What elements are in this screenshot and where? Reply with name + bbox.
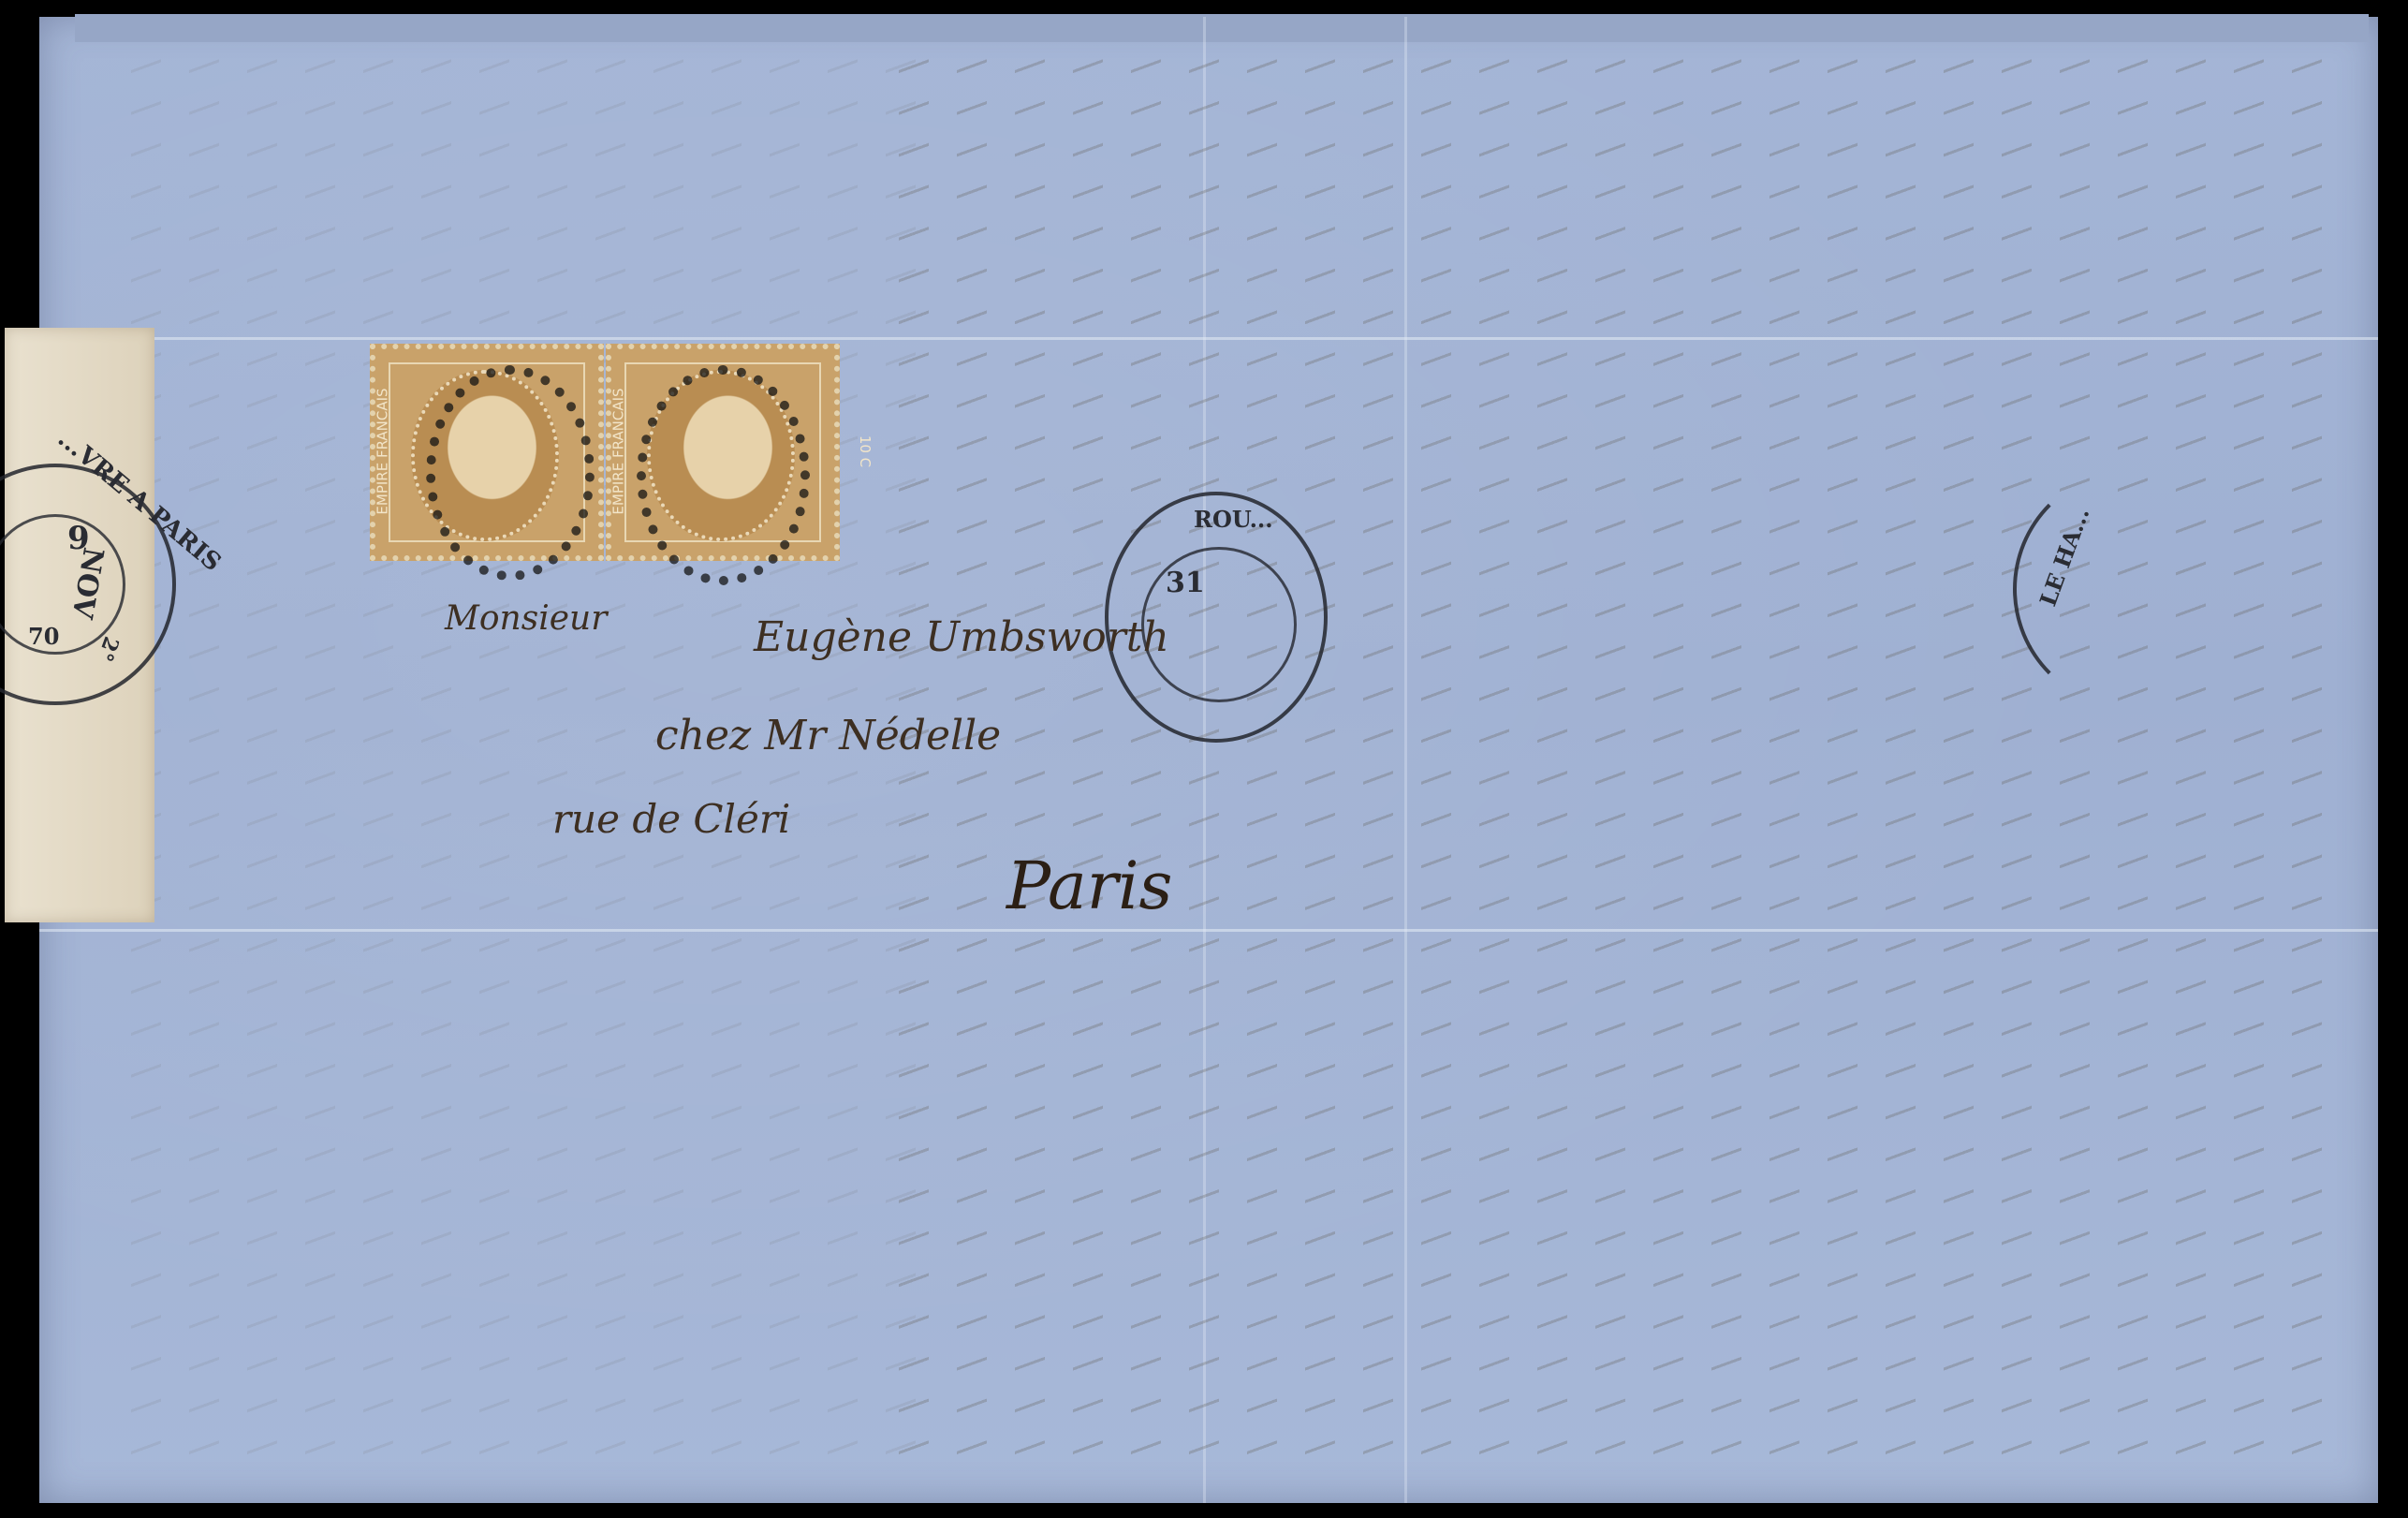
handwriting-column bbox=[2292, 56, 2322, 1462]
postmark-left-year: 70 bbox=[28, 623, 59, 650]
cancel-mark bbox=[637, 365, 810, 585]
stamp-country: EMPIRE FRANCAIS bbox=[374, 388, 391, 514]
cancel-mark bbox=[426, 365, 595, 581]
handwriting-column bbox=[2002, 56, 2032, 1462]
handwriting-column bbox=[1828, 56, 1857, 1462]
handwriting-column bbox=[1769, 56, 1799, 1462]
handwriting-column bbox=[2234, 56, 2264, 1462]
address-line-1: Monsieur bbox=[445, 599, 607, 638]
handwriting-column bbox=[1015, 56, 1045, 1462]
handwriting-column bbox=[2060, 56, 2090, 1462]
stamp-value: 10 C bbox=[857, 435, 874, 467]
handwriting-column bbox=[1131, 56, 1161, 1462]
handwriting-column bbox=[1595, 56, 1625, 1462]
handwriting-column bbox=[1189, 56, 1219, 1462]
postmark-center-text: ROU... bbox=[1194, 506, 1273, 533]
handwriting-column bbox=[1653, 56, 1683, 1462]
handwriting-column bbox=[247, 56, 277, 1462]
handwriting-column bbox=[421, 56, 451, 1462]
handwriting-column bbox=[479, 56, 509, 1462]
handwriting-column bbox=[1711, 56, 1741, 1462]
address-line-4: rue de Cléri bbox=[552, 796, 790, 842]
handwriting-column bbox=[1886, 56, 1916, 1462]
postmark-center-day: 31 bbox=[1166, 567, 1205, 599]
handwriting-column bbox=[1363, 56, 1393, 1462]
address-line-3: chez Mr Nédelle bbox=[655, 712, 1001, 759]
stamp-country: EMPIRE FRANCAIS bbox=[610, 388, 627, 514]
fold-line bbox=[1404, 17, 1407, 1503]
handwriting-column bbox=[1073, 56, 1103, 1462]
address-line-5: Paris bbox=[1006, 847, 1172, 924]
handwriting-column bbox=[1479, 56, 1509, 1462]
handwriting-column bbox=[2118, 56, 2148, 1462]
handwriting-column bbox=[1537, 56, 1567, 1462]
handwriting-column bbox=[1944, 56, 1974, 1462]
handwriting-column bbox=[1421, 56, 1451, 1462]
handwriting-column bbox=[1305, 56, 1335, 1462]
handwriting-column bbox=[189, 56, 219, 1462]
top-flap bbox=[75, 14, 2369, 42]
handwriting-column bbox=[537, 56, 567, 1462]
handwriting-column bbox=[305, 56, 335, 1462]
handwriting-column bbox=[2176, 56, 2206, 1462]
handwriting-column bbox=[1247, 56, 1277, 1462]
handwriting-column bbox=[595, 56, 625, 1462]
address-line-2: Eugène Umbsworth bbox=[754, 613, 1169, 661]
handwriting-column bbox=[363, 56, 393, 1462]
